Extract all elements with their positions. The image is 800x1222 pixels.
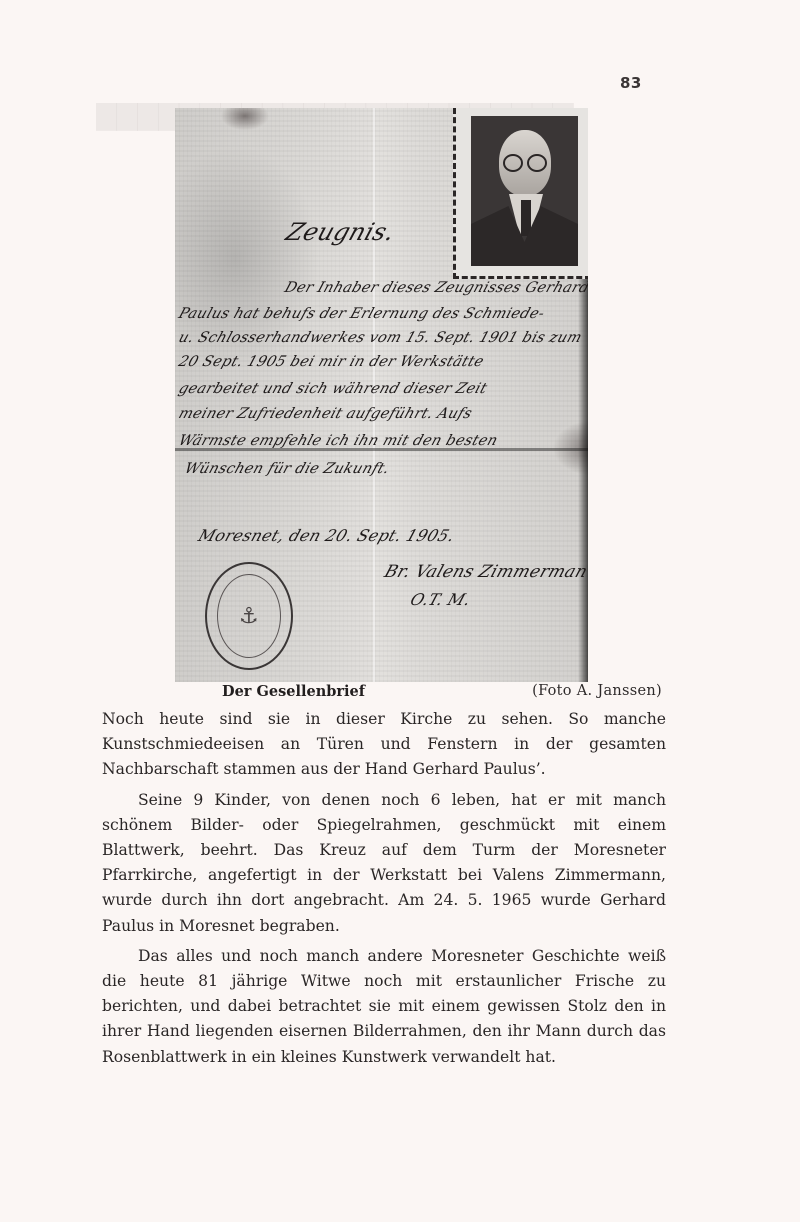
certificate-photo: Zeugnis. Der Inhaber dieses Zeugnisses G…	[175, 108, 588, 682]
handwritten-line: meiner Zufriedenheit aufgeführt. Aufs	[176, 406, 474, 422]
seal-emblem-icon: ⚓	[239, 604, 259, 629]
handwritten-line: 20 Sept. 1905 bei mir in der Werkstätte	[176, 354, 486, 370]
caption-credit: (Foto A. Janssen)	[532, 683, 662, 699]
paragraph: Noch heute sind sie in dieser Kirche zu …	[102, 707, 666, 783]
handwritten-signature: Br. Valens Zimmerman	[382, 562, 588, 582]
handwritten-line: Der Inhaber dieses Zeugnisses Gerhard	[282, 280, 588, 296]
portrait-photo	[471, 116, 578, 266]
handwritten-date: Moresnet, den 20. Sept. 1905.	[196, 526, 457, 545]
paragraph: Das alles und noch manch andere Moresnet…	[102, 944, 666, 1070]
body-text: Noch heute sind sie in dieser Kirche zu …	[102, 707, 666, 1070]
handwritten-line: Wünschen für die Zukunft.	[182, 461, 391, 477]
portrait-tie	[521, 200, 531, 236]
handwritten-line: Wärmste empfehle ich ihn mit den besten	[176, 433, 499, 449]
handwritten-line: u. Schlosserhandwerkes vom 15. Sept. 190…	[176, 330, 584, 346]
handwritten-title: Zeugnis.	[282, 218, 398, 246]
paragraph: Seine 9 Kinder, von denen noch 6 leben, …	[102, 788, 666, 939]
portrait-glasses	[501, 154, 549, 168]
figure-caption: Der Gesellenbrief (Foto A. Janssen)	[222, 683, 662, 703]
official-seal: ⚓	[205, 562, 293, 670]
handwritten-signature-suffix: O.T. M.	[408, 590, 474, 609]
page-number: 83	[620, 74, 642, 92]
handwritten-line: gearbeitet und sich während dieser Zeit	[176, 381, 489, 397]
caption-title: Der Gesellenbrief	[222, 683, 365, 700]
handwritten-line: Paulus hat behufs der Erlernung des Schm…	[176, 306, 546, 322]
portrait-photo-frame	[453, 108, 588, 279]
